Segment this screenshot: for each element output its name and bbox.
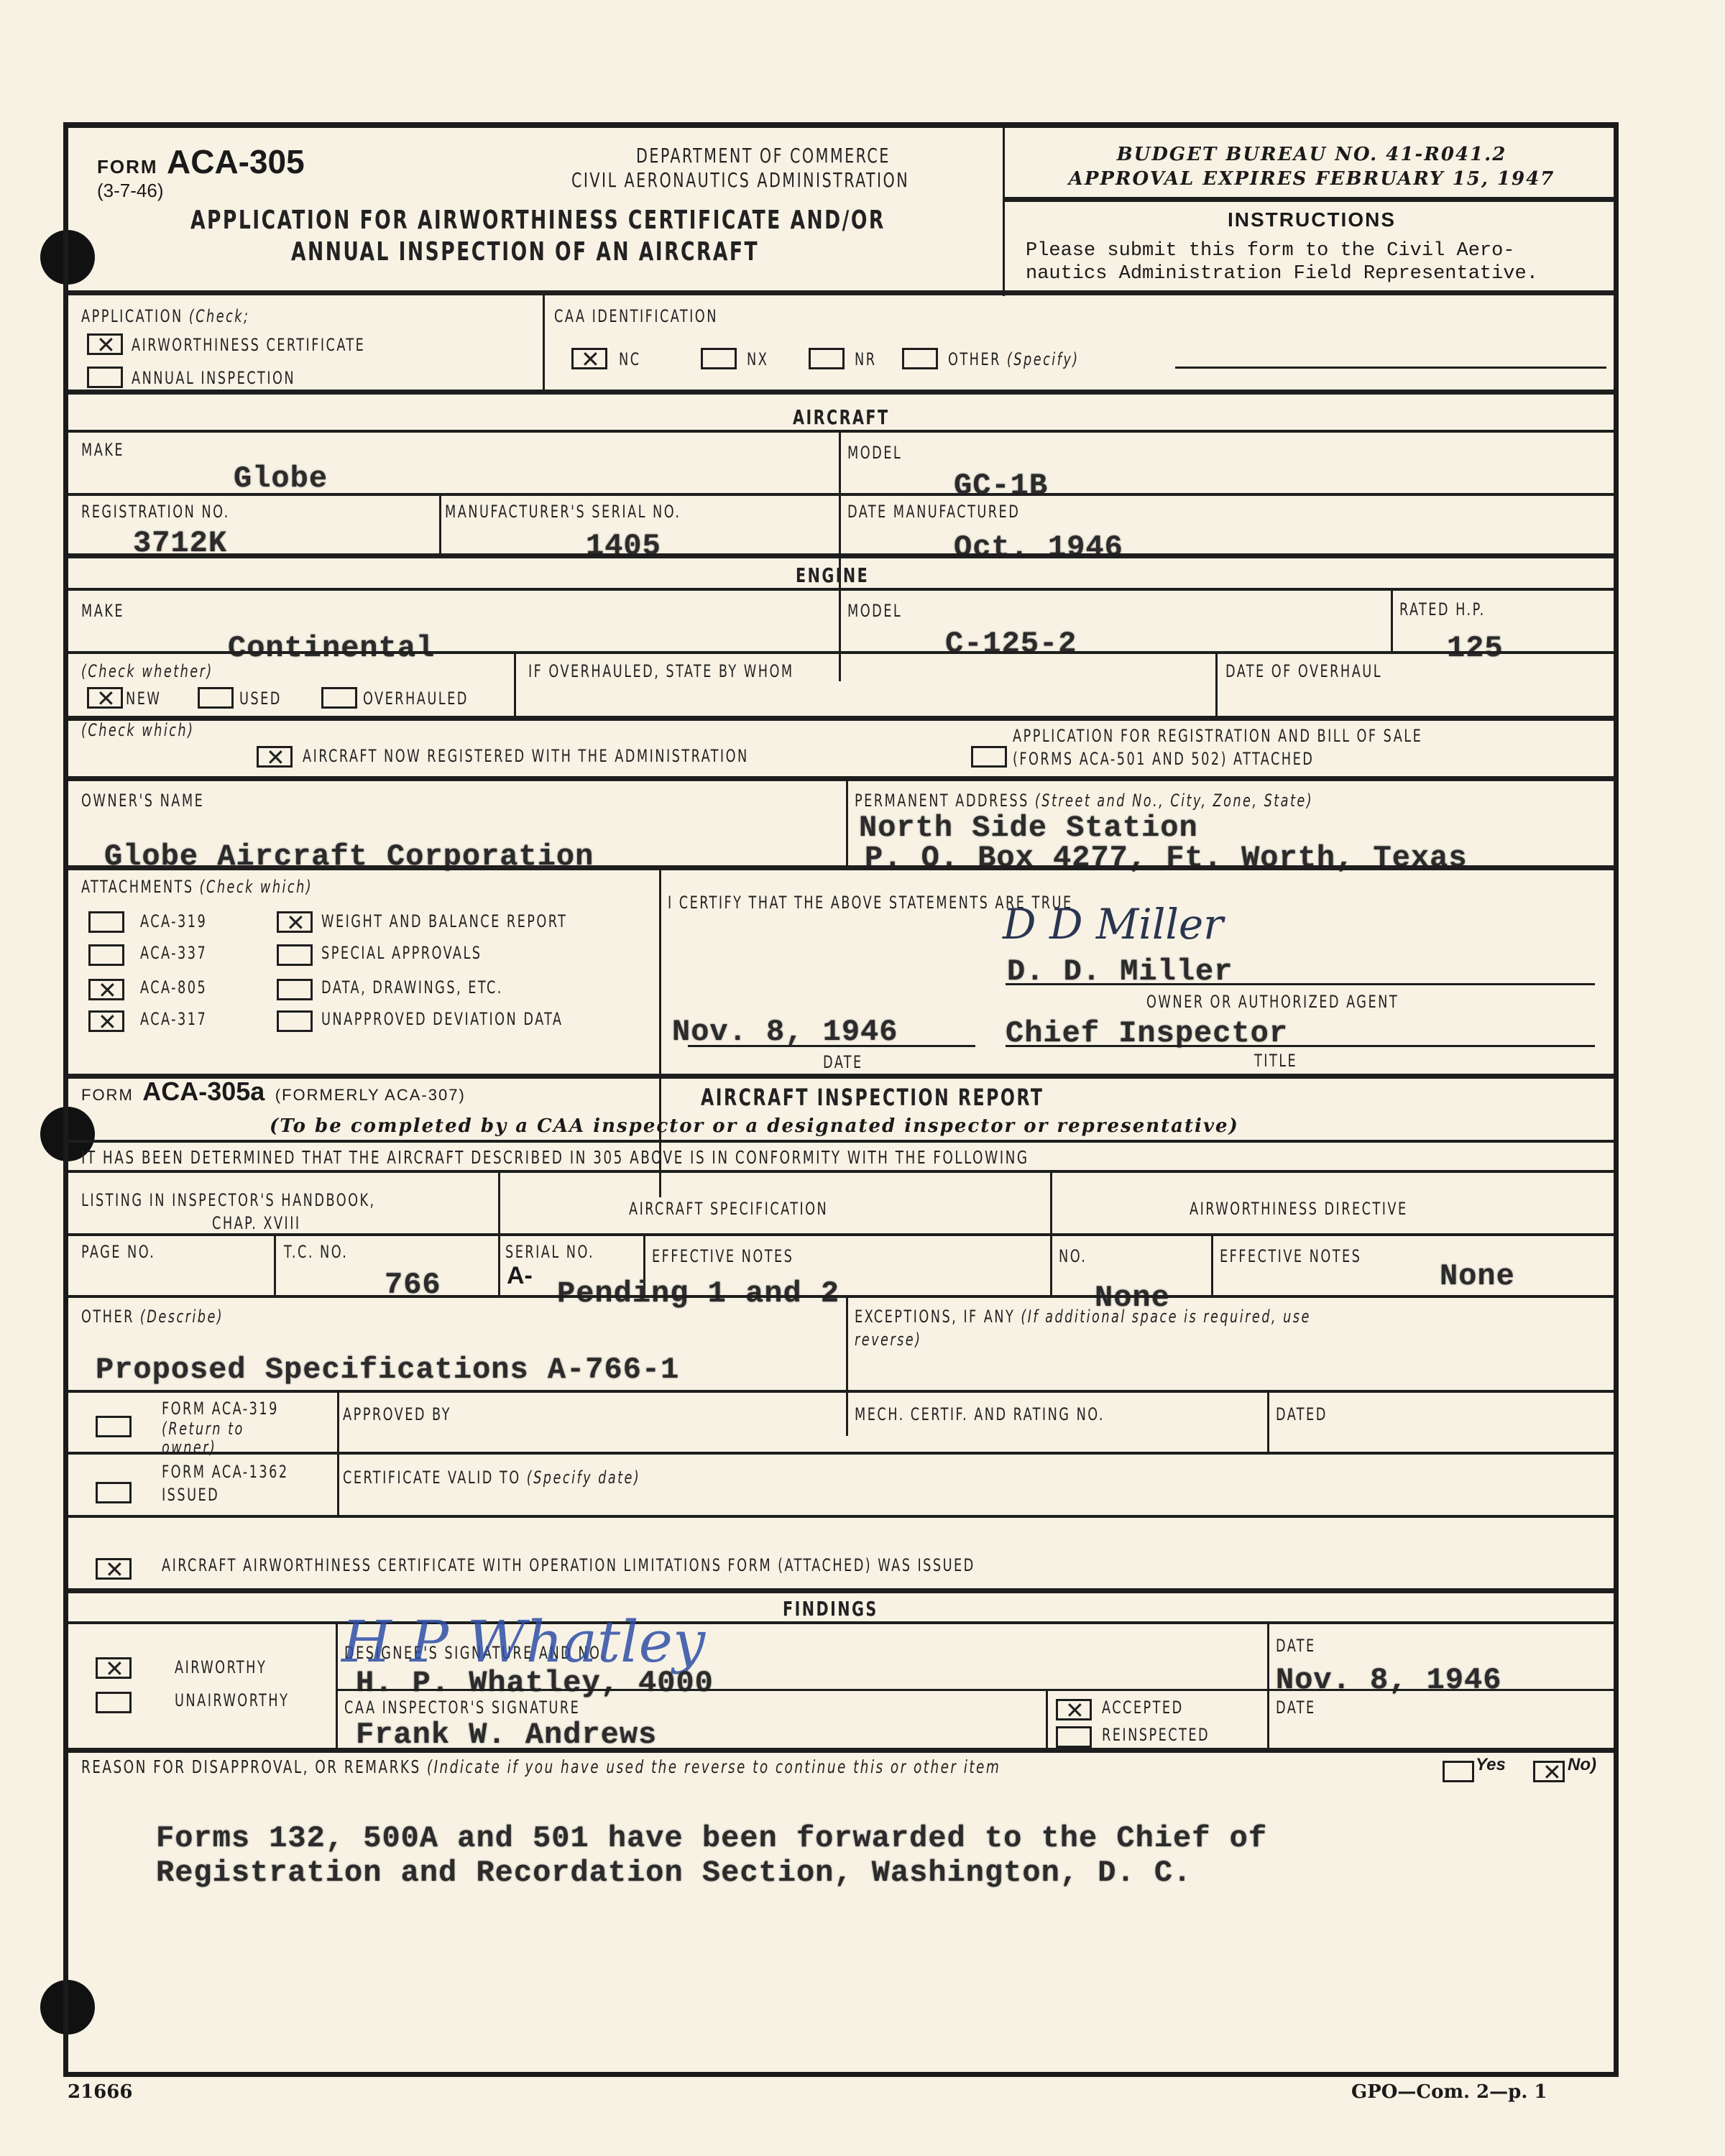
rule: [68, 1452, 1614, 1455]
approval-expires: APPROVAL EXPIRES FEBRUARY 15, 1947: [1017, 168, 1606, 190]
form-aca-1362-line1: FORM ACA-1362: [162, 1462, 289, 1482]
instructions-line2: nautics Administration Field Representat…: [1026, 263, 1538, 285]
attachment-weight-balance: WEIGHT AND BALANCE REPORT: [321, 911, 567, 931]
rule: [68, 776, 1614, 781]
rule: [68, 430, 1614, 433]
checkbox-engine-used[interactable]: [198, 687, 234, 709]
attachment-special-approvals: SPECIAL APPROVALS: [321, 943, 482, 963]
listing-label-1: LISTING IN INSPECTOR'S HANDBOOK,: [81, 1190, 376, 1210]
mech-cert-label: MECH. CERTIF. AND RATING NO.: [855, 1404, 1105, 1424]
checkbox-engine-overhauled[interactable]: [321, 687, 357, 709]
valid-to-label: CERTIFICATE VALID TO (Specify date): [343, 1468, 640, 1488]
date-manufactured-label: DATE MANUFACTURED: [847, 502, 1020, 522]
form-title-line1: APPLICATION FOR AIRWORTHINESS CERTIFICAT…: [190, 206, 885, 235]
serial-label: MANUFACTURER'S SERIAL NO.: [445, 502, 681, 522]
remarks-no-label: No): [1568, 1755, 1596, 1775]
rule: [514, 651, 516, 717]
rule: [1215, 651, 1218, 717]
date-label: DATE: [823, 1052, 863, 1072]
owner-signature: D D Miller: [1003, 900, 1223, 949]
checkbox-engine-new[interactable]: [87, 687, 123, 709]
findings-date2-label: DATE: [1276, 1697, 1316, 1718]
rule: [68, 588, 1614, 591]
rule: [68, 1748, 1614, 1753]
findings-date-label: DATE: [1276, 1636, 1316, 1656]
checkbox-registration-application[interactable]: [971, 746, 1007, 768]
overhauled-by-label: IF OVERHAULED, STATE BY WHOM: [528, 661, 794, 681]
spec-serial-value[interactable]: A-: [507, 1262, 533, 1290]
rule: [846, 776, 848, 867]
check-which-label: (Check which): [81, 720, 194, 740]
rule: [68, 1233, 1614, 1236]
rule: [1391, 588, 1393, 653]
caa-inspector-value[interactable]: Frank W. Andrews: [356, 1718, 657, 1752]
checkbox-form-aca-319-return[interactable]: [96, 1416, 132, 1437]
airworthy-label: AIRWORTHY: [175, 1657, 267, 1677]
other-label: OTHER (Describe): [81, 1307, 224, 1327]
signer-label: OWNER OR AUTHORIZED AGENT: [1146, 992, 1399, 1012]
option-nx: NX: [747, 349, 768, 369]
form-number: ACA-305: [167, 143, 305, 180]
other-value[interactable]: Proposed Specifications A-766-1: [96, 1353, 679, 1387]
aircraft-model-value[interactable]: GC-1B: [954, 469, 1048, 503]
budget-bureau: BUDGET BUREAU NO. 41-R041.2: [1017, 144, 1606, 165]
instructions-line1: Please submit this form to the Civil Aer…: [1026, 240, 1515, 262]
engine-make-label: MAKE: [81, 601, 124, 621]
rule: [68, 651, 1614, 654]
checkbox-weight-balance[interactable]: [277, 911, 313, 933]
rated-hp-label: RATED H.P.: [1399, 599, 1486, 619]
rule: [68, 716, 1614, 721]
engine-make-value[interactable]: Continental: [228, 631, 435, 665]
checkbox-remarks-yes[interactable]: [1443, 1761, 1474, 1782]
rule: [68, 390, 1614, 395]
approved-by-label: APPROVED BY: [343, 1404, 451, 1424]
form-aca-1362-line2: ISSUED: [162, 1485, 219, 1505]
ad-no-label: NO.: [1059, 1246, 1087, 1266]
engine-section-title: ENGINE: [796, 563, 869, 587]
checkbox-other[interactable]: [902, 348, 938, 369]
certification-date[interactable]: Nov. 8, 1946: [672, 1015, 898, 1049]
checkbox-data-drawings[interactable]: [277, 979, 313, 1000]
rule: [68, 553, 1614, 558]
header-right-divider: [1003, 197, 1614, 202]
footer-print-number: 21666: [68, 2081, 132, 2103]
other-specify-field[interactable]: [1175, 367, 1606, 369]
listing-label-2: CHAP. XVIII: [212, 1213, 301, 1233]
spec-notes-value[interactable]: Pending 1 and 2: [557, 1276, 839, 1311]
rule: [68, 290, 1614, 295]
form-aca-305: FORM ACA-305 (3-7-46) DEPARTMENT OF COMM…: [63, 122, 1619, 2077]
checkbox-unairworthy[interactable]: [96, 1692, 132, 1713]
inspection-form-prefix: FORM: [81, 1086, 134, 1104]
aircraft-section-title: AIRCRAFT: [793, 405, 890, 429]
inspection-report-title: AIRCRAFT INSPECTION REPORT: [701, 1084, 1044, 1111]
ad-notes-value[interactable]: None: [1440, 1259, 1515, 1294]
certificate-issued-label: AIRCRAFT AIRWORTHINESS CERTIFICATE WITH …: [162, 1555, 975, 1575]
checkbox-aca-337[interactable]: [88, 944, 124, 966]
checkbox-airworthy[interactable]: [96, 1657, 132, 1679]
checkbox-aca-317[interactable]: [88, 1010, 124, 1032]
dated-label: DATED: [1276, 1404, 1328, 1424]
rule: [68, 1170, 1614, 1173]
tc-no-label: T.C. NO.: [284, 1242, 348, 1262]
rated-hp-value[interactable]: 125: [1447, 631, 1504, 665]
exceptions-hint-2: reverse): [855, 1330, 922, 1350]
checkbox-unapproved-deviation[interactable]: [277, 1010, 313, 1032]
aircraft-make-label: MAKE: [81, 440, 124, 460]
checkbox-aca-319[interactable]: [88, 911, 124, 933]
rule: [1046, 1689, 1048, 1749]
form-number-block: FORM ACA-305: [97, 142, 305, 181]
inspection-formerly: (FORMERLY ACA-307): [275, 1086, 466, 1104]
attachment-aca-337: ACA-337: [140, 943, 207, 963]
checkbox-nx[interactable]: [701, 348, 737, 369]
rule: [543, 290, 545, 391]
form-revision-date: (3-7-46): [97, 180, 163, 202]
reinspected-label: REINSPECTED: [1102, 1725, 1210, 1745]
spec-notes-label: EFFECTIVE NOTES: [652, 1246, 793, 1266]
conformity-statement: IT HAS BEEN DETERMINED THAT THE AIRCRAFT…: [81, 1147, 1029, 1168]
address-label: PERMANENT ADDRESS (Street and No., City,…: [855, 791, 1313, 811]
option-new: NEW: [126, 688, 161, 709]
header-divider: [1003, 128, 1005, 296]
checkbox-aircraft-registered[interactable]: [257, 746, 293, 768]
aircraft-registered-label: AIRCRAFT NOW REGISTERED WITH THE ADMINIS…: [303, 746, 749, 766]
checkbox-nr[interactable]: [809, 348, 845, 369]
form-prefix: FORM: [97, 156, 158, 178]
unairworthy-label: UNAIRWORTHY: [175, 1690, 289, 1710]
option-other: OTHER (Specify): [948, 349, 1080, 369]
option-used: USED: [239, 688, 282, 709]
accepted-label: ACCEPTED: [1102, 1697, 1184, 1718]
checkbox-aca-805[interactable]: [88, 979, 124, 1000]
rule: [68, 1588, 1614, 1593]
rule: [68, 1295, 1614, 1298]
remarks-yes-label: Yes: [1476, 1755, 1506, 1775]
rule: [1267, 1390, 1269, 1453]
rule: [1267, 1621, 1269, 1749]
engine-model-label: MODEL: [847, 601, 902, 621]
rule: [336, 1689, 1614, 1691]
checkbox-special-approvals[interactable]: [277, 944, 313, 966]
rule: [336, 1621, 338, 1749]
checkbox-accepted[interactable]: [1056, 1699, 1092, 1720]
registration-application-line2: (FORMS ACA-501 AND 502) ATTACHED: [1013, 749, 1314, 769]
inspection-form-number-block: FORM ACA-305a (FORMERLY ACA-307): [81, 1077, 466, 1107]
attachment-aca-317: ACA-317: [140, 1009, 207, 1029]
spec-serial-label: SERIAL NO.: [505, 1242, 594, 1262]
signer-line: [1006, 983, 1595, 985]
caa-identification-label: CAA IDENTIFICATION: [554, 306, 718, 326]
option-nc: NC: [619, 349, 641, 369]
caa-inspector-label: CAA INSPECTOR'S SIGNATURE: [344, 1697, 580, 1718]
overhaul-date-label: DATE OF OVERHAUL: [1225, 661, 1382, 681]
date-manufactured-value[interactable]: Oct. 1946: [954, 530, 1123, 565]
registration-label: REGISTRATION NO.: [81, 502, 230, 522]
checkbox-annual-inspection[interactable]: [87, 367, 123, 388]
checkbox-nc[interactable]: [571, 348, 607, 369]
findings-date-value[interactable]: Nov. 8, 1946: [1276, 1663, 1501, 1697]
rule: [439, 493, 441, 555]
attachment-data-drawings: DATA, DRAWINGS, ETC.: [321, 977, 503, 998]
airworthiness-directive-label: AIRWORTHINESS DIRECTIVE: [1190, 1199, 1408, 1219]
checkbox-form-aca-1362-issued[interactable]: [96, 1482, 132, 1503]
application-label: APPLICATION (Check;: [81, 306, 249, 326]
checkbox-airworthiness-certificate[interactable]: [87, 333, 123, 355]
option-overhauled: OVERHAULED: [363, 688, 469, 709]
remarks-line1[interactable]: Forms 132, 500A and 501 have been forwar…: [156, 1821, 1267, 1856]
form-aca-319-line1: FORM ACA-319: [162, 1399, 279, 1419]
form-title-line2: ANNUAL INSPECTION OF AN AIRCRAFT: [291, 237, 759, 267]
rule: [1211, 1233, 1213, 1296]
option-nr: NR: [855, 349, 876, 369]
attachment-aca-319: ACA-319: [140, 911, 207, 931]
attachment-unapproved-deviation: UNAPPROVED DEVIATION DATA: [321, 1009, 563, 1029]
findings-title: FINDINGS: [783, 1597, 878, 1621]
rule: [68, 865, 1614, 870]
title-line: [1006, 1045, 1595, 1047]
rule: [68, 1390, 1614, 1393]
aircraft-model-label: MODEL: [847, 443, 902, 463]
form-aca-319-line2: (Return to: [162, 1419, 244, 1439]
rule: [68, 1621, 1614, 1624]
option-airworthiness-certificate: AIRWORTHINESS CERTIFICATE: [132, 335, 365, 355]
rule: [274, 1233, 276, 1296]
aircraft-make-value[interactable]: Globe: [234, 461, 328, 496]
agency: CIVIL AERONAUTICS ADMINISTRATION: [571, 168, 909, 192]
remarks-line2[interactable]: Registration and Recordation Section, Wa…: [156, 1856, 1192, 1890]
department: DEPARTMENT OF COMMERCE: [636, 144, 891, 167]
aircraft-spec-label: AIRCRAFT SPECIFICATION: [629, 1199, 828, 1219]
rule: [68, 1140, 1614, 1143]
checkbox-remarks-no[interactable]: [1533, 1761, 1565, 1782]
rule: [68, 493, 1614, 496]
page-no-label: PAGE NO.: [81, 1242, 155, 1262]
date-line: [688, 1045, 975, 1047]
remarks-label: REASON FOR DISAPPROVAL, OR REMARKS (Indi…: [81, 1756, 1000, 1777]
engine-model-value[interactable]: C-125-2: [945, 627, 1077, 661]
inspection-report-subtitle: (To be completed by a CAA inspector or a…: [270, 1115, 1239, 1137]
check-whether-label: (Check whether): [81, 661, 213, 681]
owner-name-label: OWNER'S NAME: [81, 791, 204, 811]
title-label: TITLE: [1254, 1051, 1297, 1071]
checkbox-reinspected[interactable]: [1056, 1726, 1092, 1748]
attachment-aca-805: ACA-805: [140, 977, 207, 998]
rule: [68, 1515, 1614, 1518]
registration-application-line1: APPLICATION FOR REGISTRATION AND BILL OF…: [1013, 726, 1422, 746]
attachments-label: ATTACHMENTS (Check which): [81, 877, 313, 897]
ad-notes-label: EFFECTIVE NOTES: [1220, 1246, 1361, 1266]
footer-gpo-code: GPO—Com. 2—p. 1: [1351, 2081, 1547, 2103]
address-line1[interactable]: North Side Station: [859, 811, 1198, 845]
exceptions-label: EXCEPTIONS, IF ANY (If additional space …: [855, 1307, 1311, 1327]
checkbox-certificate-issued[interactable]: [96, 1558, 132, 1580]
instructions-title: INSTRUCTIONS: [1017, 208, 1606, 231]
rule: [846, 1295, 848, 1436]
inspection-form-number: ACA-305a: [142, 1077, 264, 1106]
option-annual-inspection: ANNUAL INSPECTION: [132, 368, 295, 388]
designee-value[interactable]: H. P. Whatley, 4000: [356, 1666, 714, 1700]
